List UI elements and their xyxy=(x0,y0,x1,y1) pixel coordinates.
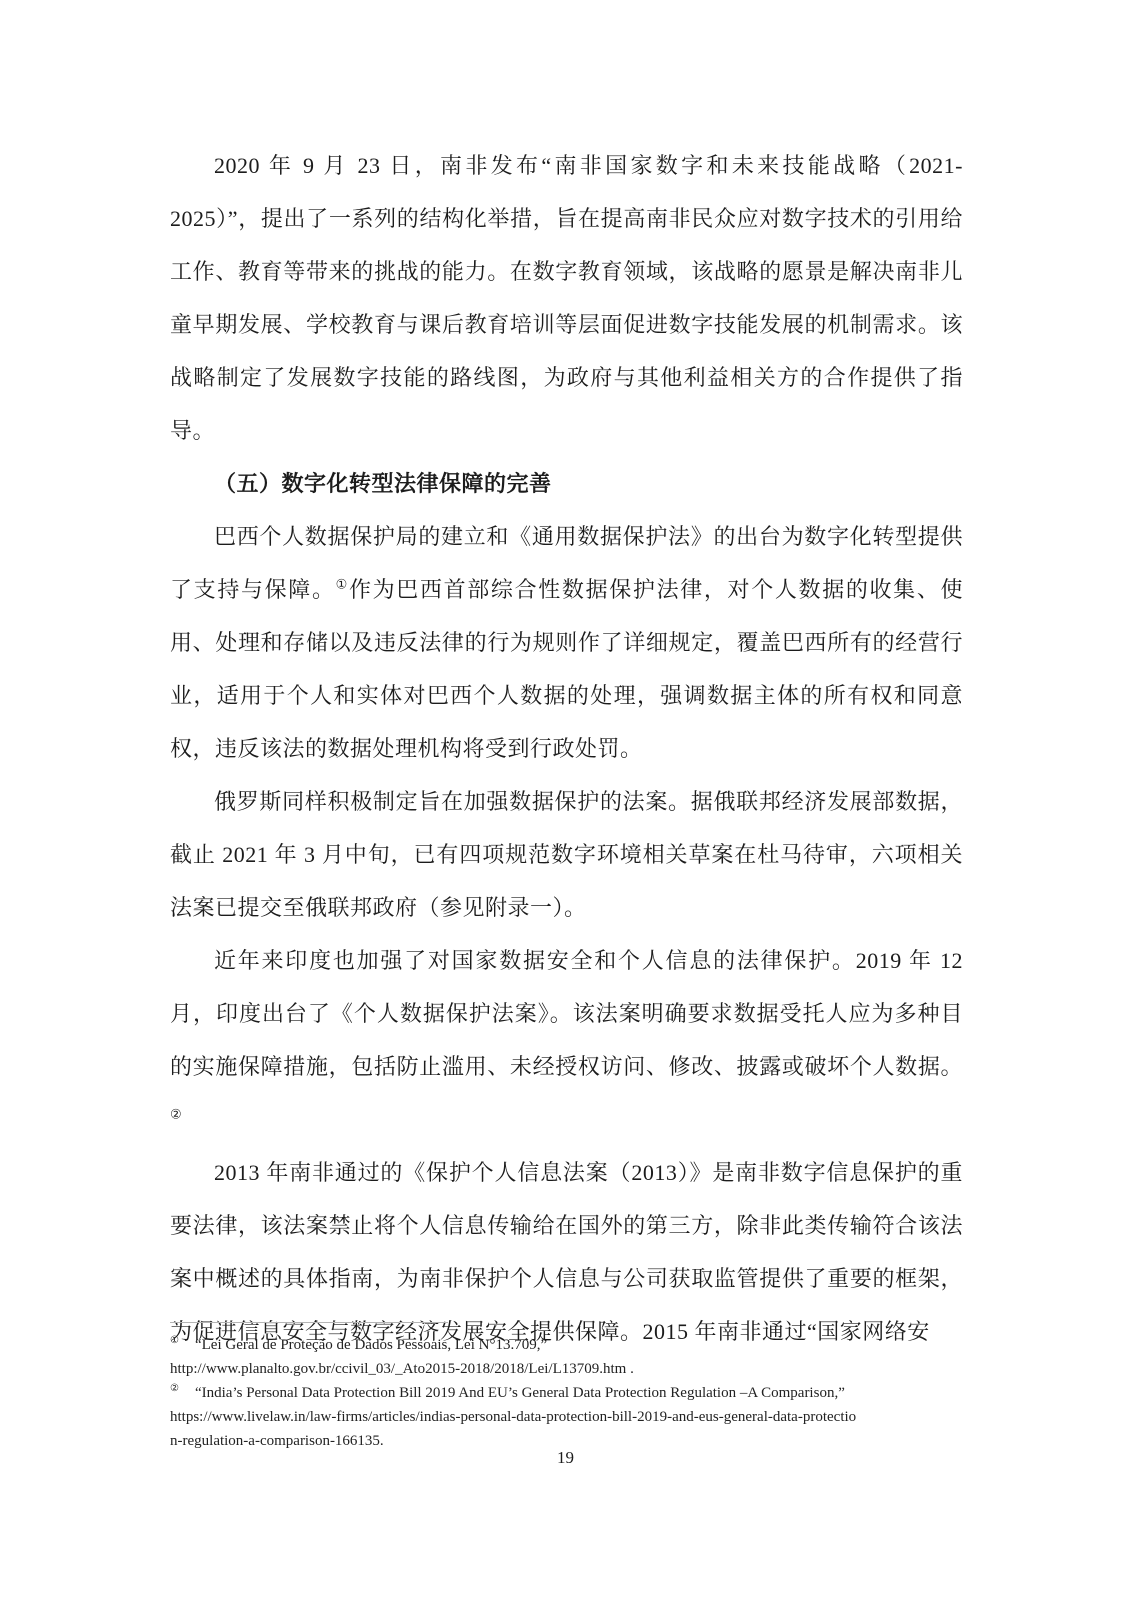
footnote-ref-1[interactable]: ① xyxy=(336,577,349,592)
paragraph-india-text: 近年来印度也加强了对国家数据安全和个人信息的法律保护。2019 年 12 月，印… xyxy=(170,948,963,1079)
paragraph-russia-bills: 俄罗斯同样积极制定旨在加强数据保护的法案。据俄联邦经济发展部数据，截止 2021… xyxy=(170,775,963,934)
section-heading: （五）数字化转型法律保障的完善 xyxy=(170,457,963,510)
footnote-2-line-1: ②“India’s Personal Data Protection Bill … xyxy=(170,1381,965,1405)
footnote-separator xyxy=(170,1322,448,1323)
paragraph-india-pdpb: 近年来印度也加强了对国家数据安全和个人信息的法律保护。2019 年 12 月，印… xyxy=(170,934,963,1146)
footnote-2-title: “India’s Personal Data Protection Bill 2… xyxy=(195,1385,845,1401)
footnote-1: ①“Lei Geral de Proteção de Dados Pessoai… xyxy=(170,1333,965,1381)
footnote-ref-2[interactable]: ② xyxy=(170,1107,182,1122)
paragraph-brazil-lgpd: 巴西个人数据保护局的建立和《通用数据保护法》的出台为数字化转型提供了支持与保障。… xyxy=(170,510,963,775)
footnote-2-url-part-1: https://www.livelaw.in/law-firms/article… xyxy=(170,1405,965,1429)
footnote-1-line-1: ①“Lei Geral de Proteção de Dados Pessoai… xyxy=(170,1333,965,1357)
footnote-2: ②“India’s Personal Data Protection Bill … xyxy=(170,1381,965,1453)
page-number: 19 xyxy=(0,1448,1131,1468)
footnote-2-marker: ② xyxy=(170,1383,179,1394)
footnote-1-title: “Lei Geral de Proteção de Dados Pessoais… xyxy=(195,1337,547,1353)
document-body: 2020 年 9 月 23 日，南非发布“南非国家数字和未来技能战略（2021-… xyxy=(170,139,963,1358)
footnote-1-marker: ① xyxy=(170,1335,179,1346)
document-page: 2020 年 9 月 23 日，南非发布“南非国家数字和未来技能战略（2021-… xyxy=(0,0,1131,1600)
footnote-1-url: http://www.planalto.gov.br/ccivil_03/_At… xyxy=(170,1357,965,1381)
paragraph-south-africa-strategy: 2020 年 9 月 23 日，南非发布“南非国家数字和未来技能战略（2021-… xyxy=(170,139,963,457)
paragraph-brazil-text-after-ref: 作为巴西首部综合性数据保护法律，对个人数据的收集、使用、处理和存储以及违反法律的… xyxy=(170,577,963,761)
footnote-section: ①“Lei Geral de Proteção de Dados Pessoai… xyxy=(170,1322,965,1453)
